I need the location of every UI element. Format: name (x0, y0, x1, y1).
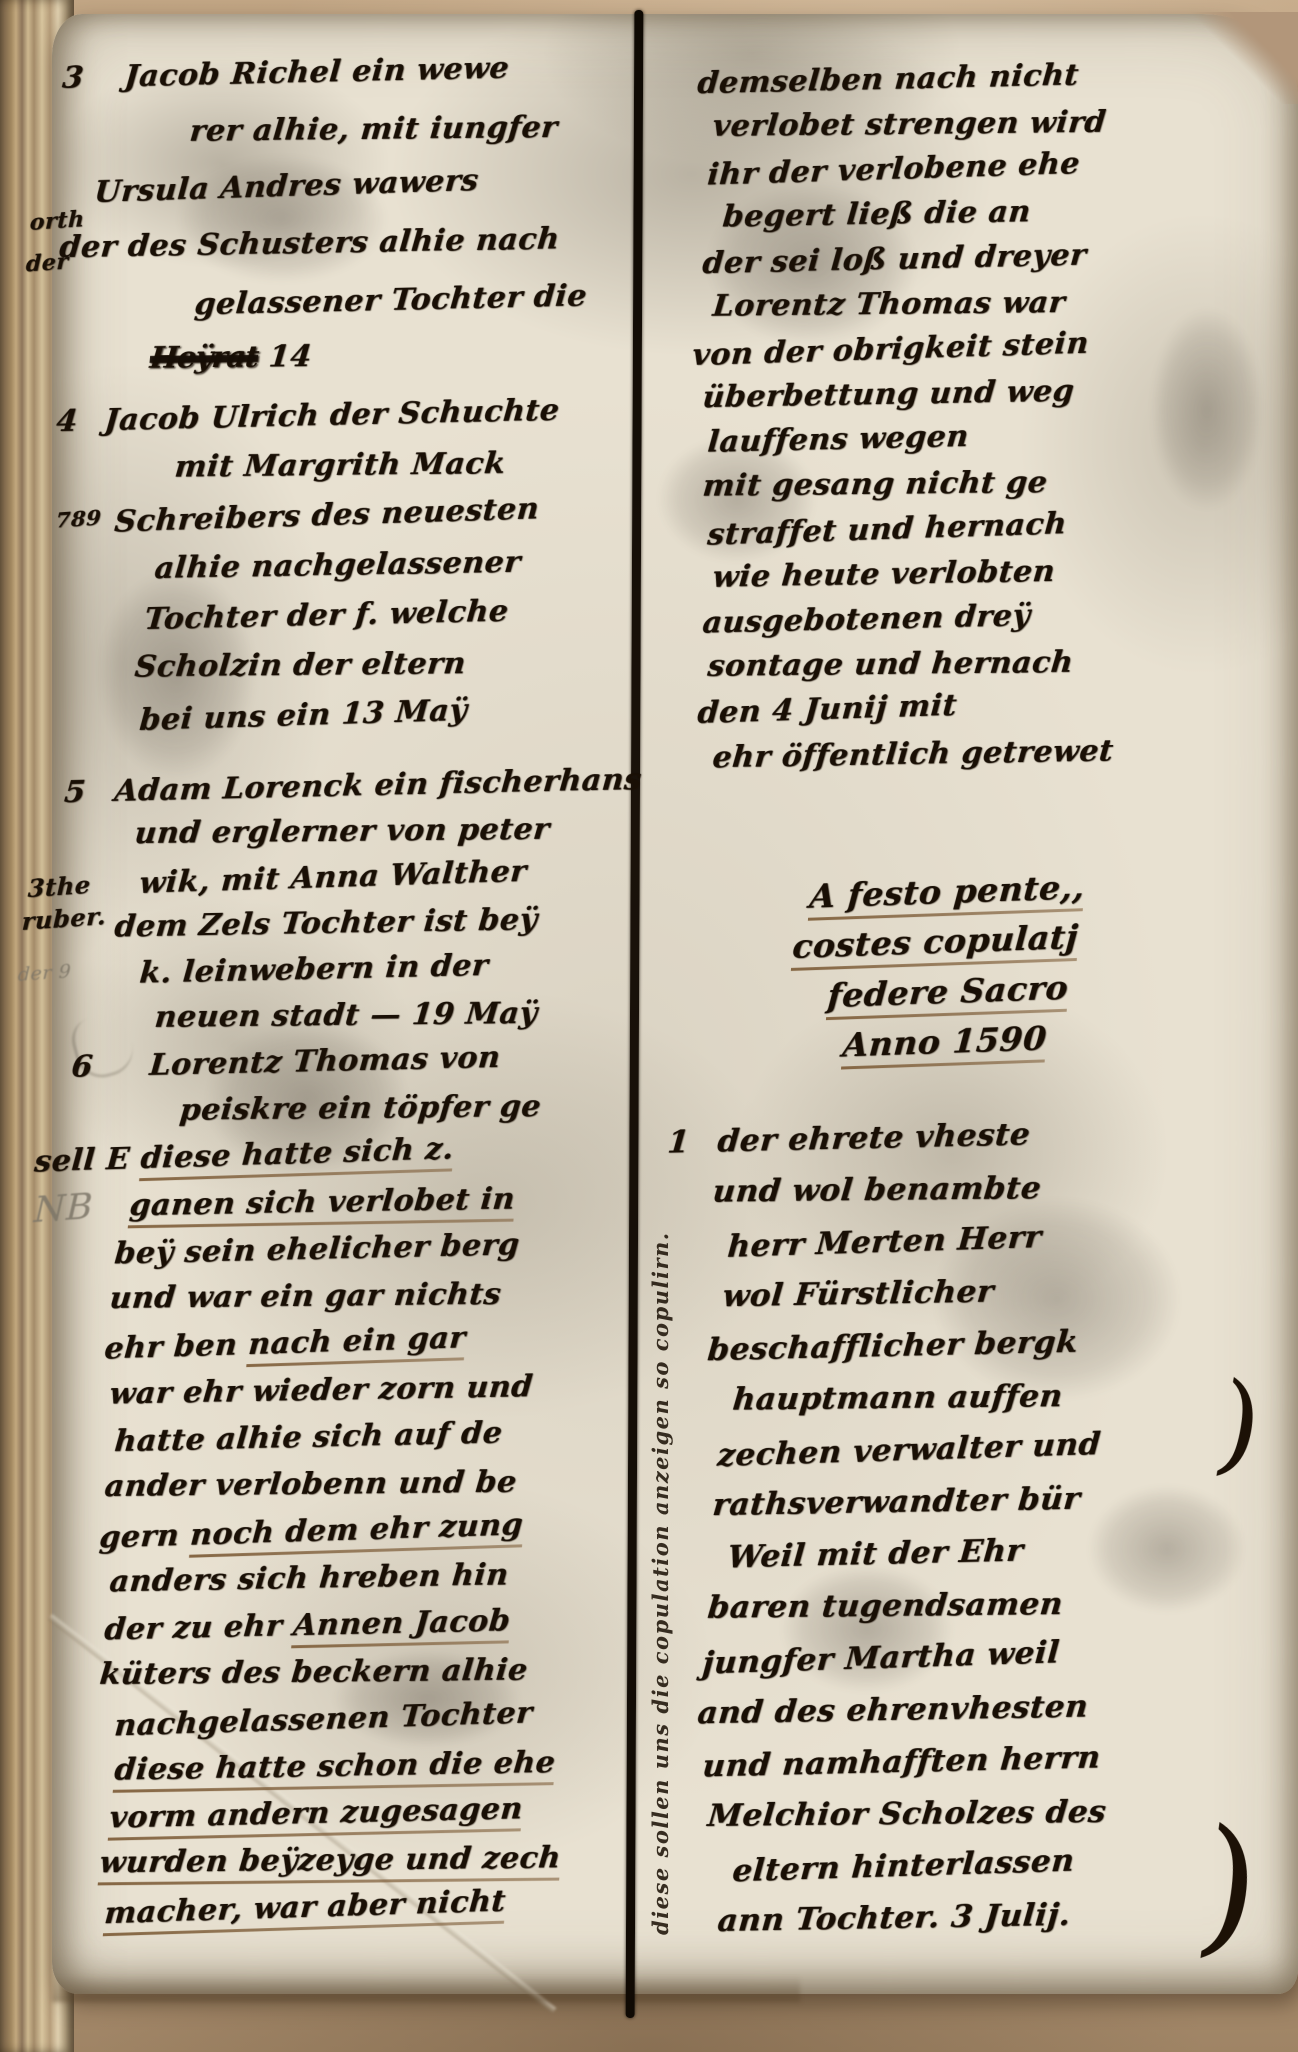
manuscript-line: der ehrete vheste1 (716, 1116, 1032, 1159)
manuscript-text-segment: überbettung und weg (701, 374, 1076, 415)
manuscript-text-segment: Heÿrat (148, 340, 259, 376)
manuscript-text-segment: wurden beÿzeyge und zech (98, 1841, 563, 1886)
manuscript-text-segment: und erglerner von peter (133, 812, 551, 851)
manuscript-text-segment: sell E (33, 1141, 142, 1179)
manuscript-line: Lorentz Thomas war (711, 285, 1067, 324)
manuscript-text-segment: alhie nachgelassener (153, 545, 522, 586)
manuscript-text-segment: Weil mit der Ehr (726, 1533, 1025, 1576)
manuscript-text-segment: Lorentz Thomas war (711, 285, 1067, 324)
manuscript-line: überbettung und weg (701, 374, 1076, 415)
manuscript-line: lauffens wegen (706, 419, 970, 460)
margin-note: 789 (55, 504, 101, 532)
manuscript-text-segment: hauptmann auffen (731, 1378, 1064, 1417)
ink-bleed-smudge (1132, 274, 1282, 544)
manuscript-line: ander verlobenn und be (103, 1465, 518, 1504)
manuscript-line: neuen stadt — 19 Maÿ (153, 996, 539, 1035)
manuscript-text-segment: Melchior Scholzes des (706, 1794, 1108, 1834)
manuscript-text-segment: Annen Jacob (291, 1603, 511, 1648)
manuscript-line: and des ehrenvhesten (696, 1689, 1090, 1732)
manuscript-text-segment: ehr öffentlich getrewet (711, 734, 1115, 776)
manuscript-text-segment: rathsverwandter bür (711, 1481, 1082, 1523)
manuscript-text-segment: verlobet strengen wird (711, 105, 1108, 144)
manuscript-line: wie heute verlobten (711, 554, 1056, 595)
manuscript-line: und war ein gar nichts (108, 1277, 503, 1316)
ink-bleed-smudge (142, 134, 422, 304)
margin-note: der (25, 249, 69, 278)
manuscript-line: mit gesang nicht ge (701, 465, 1049, 504)
manuscript-line: alhie nachgelassener (153, 545, 522, 586)
manuscript-text-segment: Anno 1590 (841, 1018, 1048, 1069)
manuscript-text-segment: anders sich hreben hin (108, 1558, 510, 1600)
latin-heading-line: Anno 1590 (841, 1018, 1048, 1064)
manuscript-line: Weil mit der Ehr (726, 1533, 1025, 1576)
manuscript-text-segment: war ehr wieder zorn und (108, 1369, 534, 1411)
manuscript-text-segment: der ehrete vheste (716, 1116, 1032, 1159)
manuscript-text-segment: sontage und hernach (706, 645, 1075, 684)
manuscript-text-segment: mit Margrith Mack (173, 446, 507, 484)
manuscript-photo: Jacob Richel ein wewe3rer alhie, mit iun… (0, 0, 1298, 2052)
manuscript-line: baren tugendsamen (706, 1586, 1065, 1626)
manuscript-text-segment: nach ein gar (247, 1320, 467, 1367)
manuscript-line: Scholzin der eltern (133, 646, 467, 684)
latin-heading-line: federe Sacro (826, 968, 1069, 1015)
margin-note: 3the (27, 870, 91, 903)
manuscript-line: sontage und hernach (706, 645, 1075, 684)
manuscript-line: verlobet strengen wird (711, 105, 1108, 144)
page-corner-fold (1190, 12, 1298, 104)
entry-number: 3 (61, 60, 85, 95)
manuscript-line: und wol benambte (711, 1170, 1043, 1209)
manuscript-line: war ehr wieder zorn und (108, 1369, 534, 1411)
manuscript-line: anders sich hreben hin (108, 1558, 510, 1600)
manuscript-line: Heÿrat 14 (148, 339, 313, 376)
manuscript-line: und erglerner von peter (133, 812, 551, 851)
entry-number: 5 (63, 775, 87, 810)
manuscript-text-segment: neuen stadt — 19 Maÿ (153, 996, 539, 1035)
manuscript-text-segment: ann Tochter. 3 Julij. (716, 1897, 1072, 1939)
pencil-margin-note: NB (33, 1186, 94, 1231)
manuscript-text-segment: und war ein gar nichts (108, 1277, 503, 1316)
page-bottom-edge (52, 1976, 800, 2002)
margin-note: orth (29, 206, 85, 236)
manuscript-text-segment: ander verlobenn und be (103, 1465, 518, 1504)
pencil-margin-note: der 9 (17, 960, 71, 986)
manuscript-line: wurden beÿzeyge und zech (98, 1841, 562, 1881)
ink-bleed-smudge (1062, 1464, 1272, 1634)
manuscript-text-segment: federe Sacro (826, 968, 1070, 1020)
manuscript-line: hauptmann auffen (731, 1378, 1064, 1417)
manuscript-text-segment: diese hatte schon die ehe (113, 1745, 557, 1793)
manuscript-text-segment: and des ehrenvhesten (696, 1689, 1090, 1732)
manuscript-text-segment: 14 (256, 339, 313, 375)
manuscript-text-segment: der zu ehr (103, 1608, 295, 1647)
manuscript-text-segment: lauffens wegen (706, 419, 970, 460)
latin-heading-line: A festo pente,, (808, 867, 1086, 916)
manuscript-text-segment: gern (98, 1518, 191, 1556)
manuscript-text-segment: mit gesang nicht ge (701, 465, 1049, 504)
manuscript-line: dem Zels Tochter ist beÿ (113, 902, 539, 944)
manuscript-text-segment: wol Fürstlicher (721, 1274, 995, 1315)
manuscript-line: mit Margrith Mack (173, 446, 507, 484)
manuscript-text-segment: küters des beckern alhie (98, 1653, 529, 1692)
manuscript-line: küters des beckern alhie (98, 1653, 529, 1692)
manuscript-line: ann Tochter. 3 Julij. (716, 1897, 1072, 1939)
entry-number: 4 (55, 404, 79, 439)
manuscript-line: peiskre ein töpfer ge (178, 1089, 543, 1128)
manuscript-line: rathsverwandter bür (711, 1481, 1082, 1523)
manuscript-text-segment: baren tugendsamen (706, 1586, 1065, 1626)
manuscript-text-segment: Scholzin der eltern (133, 646, 467, 684)
manuscript-text-segment: peiskre ein töpfer ge (178, 1089, 543, 1128)
manuscript-line: begert ließ die an (721, 194, 1032, 234)
manuscript-line: ganen sich verlobet in (128, 1182, 516, 1224)
manuscript-text-segment: und wol benambte (711, 1170, 1043, 1209)
margin-note: ruber. (21, 901, 106, 936)
manuscript-line: Melchior Scholzes des (706, 1794, 1108, 1834)
manuscript-text-segment: begert ließ die an (721, 194, 1032, 234)
manuscript-line: diese hatte schon die ehe (113, 1745, 557, 1788)
manuscript-text-segment: rer alhie, mit iungfer (188, 110, 559, 149)
divider-vertical-note: diese sollen uns die copulation anzeigen… (648, 915, 673, 1935)
entry-number: 6 (70, 1049, 94, 1084)
manuscript-line: ehr öffentlich getrewet (711, 734, 1115, 776)
manuscript-line: wol Fürstlicher (721, 1274, 995, 1315)
manuscript-text-segment: ehr ben (103, 1327, 249, 1366)
manuscript-line: rer alhie, mit iungfer (188, 110, 559, 149)
manuscript-text-segment: wie heute verlobten (711, 554, 1056, 595)
manuscript-text-segment: dem Zels Tochter ist beÿ (113, 902, 539, 944)
manuscript-text-segment: ganen sich verlobet in (128, 1182, 517, 1229)
